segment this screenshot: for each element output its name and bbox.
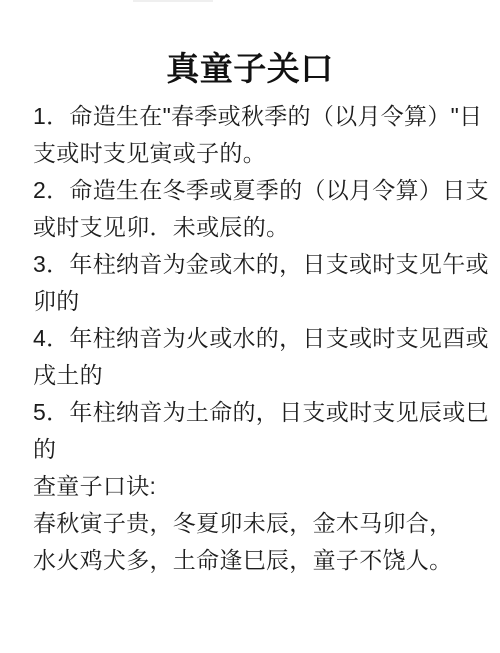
rule-1-line-2: 支或时支见寅或子的。 xyxy=(33,135,473,172)
top-edge-artifact xyxy=(133,0,213,2)
rule-2-line-1: 2．命造生在冬季或夏季的（以月令算）日支 xyxy=(33,172,473,209)
rule-3-line-2: 卯的 xyxy=(33,283,473,320)
mnemonic-verse-line-2: 水火鸡犬多，土命逢巳辰，童子不饶人。 xyxy=(33,542,473,579)
rule-5-line-2: 的 xyxy=(33,431,473,468)
rule-1-line-1: 1．命造生在"春季或秋季的（以月令算）"日 xyxy=(33,98,473,135)
rule-2-line-2: 或时支见卯．未或辰的。 xyxy=(33,209,473,246)
rule-5-line-1: 5．年柱纳音为土命的，日支或时支见辰或巳 xyxy=(33,394,473,431)
mnemonic-heading: 查童子口诀: xyxy=(33,468,473,505)
mnemonic-verse-line-1: 春秋寅子贵，冬夏卯未辰，金木马卯合， xyxy=(33,505,473,542)
rule-4-line-1: 4．年柱纳音为火或水的，日支或时支见酉或 xyxy=(33,320,473,357)
article-body: 1．命造生在"春季或秋季的（以月令算）"日 支或时支见寅或子的。 2．命造生在冬… xyxy=(33,98,473,579)
rule-3-line-1: 3．年柱纳音为金或木的，日支或时支见午或 xyxy=(33,246,473,283)
page-title: 真童子关口 xyxy=(0,48,500,90)
article-page: 真童子关口 1．命造生在"春季或秋季的（以月令算）"日 支或时支见寅或子的。 2… xyxy=(0,0,500,653)
rule-4-line-2: 戌土的 xyxy=(33,357,473,394)
